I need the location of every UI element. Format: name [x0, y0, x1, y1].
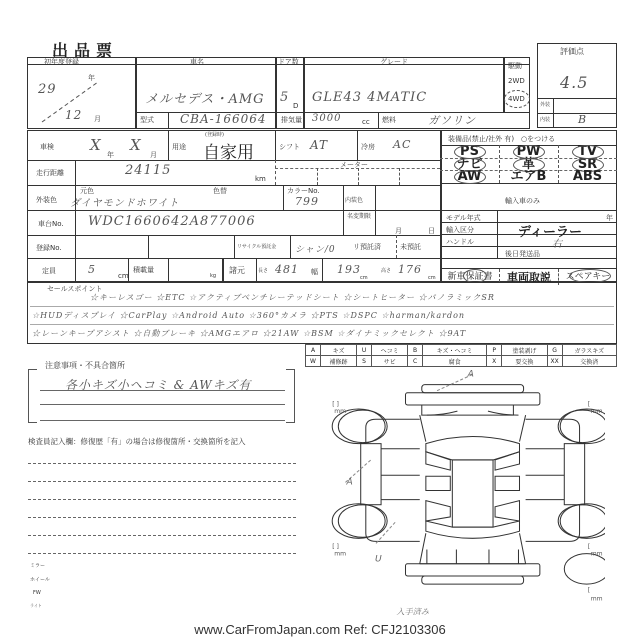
fuel-label: 燃料: [382, 115, 396, 125]
width-value: 193: [337, 263, 361, 276]
color-changed-label: 色替: [213, 186, 227, 196]
interior-label: 内装: [540, 116, 550, 123]
inspection-label: 車検: [40, 142, 54, 152]
damage-code-description: サビ: [372, 356, 408, 367]
damage-code: W: [306, 356, 321, 367]
ac-label: 冷房: [361, 142, 375, 152]
strike-line: [40, 80, 100, 125]
title-expiry-label: 名変期限: [347, 213, 373, 220]
inspector-note: 検査員記入欄：修復歴「有」の場合は修復箇所・交換箇所を記入: [28, 436, 246, 447]
capacity-value: 5: [88, 263, 96, 276]
usage-value: 自家用: [203, 138, 254, 163]
mileage-value: 24115: [125, 163, 171, 178]
chassis-label: 車台No.: [38, 219, 64, 229]
equipment-item: エアB: [499, 170, 558, 183]
displacement-value: 3000: [312, 113, 341, 124]
diagram-mark-a1: A: [467, 370, 474, 379]
model-year-label: モデル年式: [446, 213, 481, 223]
mileage-label: 走行距離: [36, 168, 64, 178]
width-label: 幅: [311, 267, 318, 277]
model-year-unit: 年: [606, 213, 613, 223]
color-no-value: 799: [295, 195, 319, 208]
shift-label: シフト: [279, 142, 300, 152]
damage-code-description: キズ・ヘコミ: [423, 345, 487, 356]
damage-code-description: 要交換: [502, 356, 547, 367]
damage-code-description: ガラスキズ: [562, 345, 616, 356]
model-label: 型式: [140, 115, 154, 125]
later-item-circle: [569, 269, 611, 283]
inspector-line: [28, 499, 296, 500]
fuel-value: ガソリン: [428, 112, 476, 128]
car-name-label: 車名: [190, 57, 204, 67]
damage-code-description: ヘコミ: [372, 345, 408, 356]
later-item-circle: [463, 269, 487, 283]
usage-sublabel: (登録時): [205, 131, 224, 138]
score-label: 評価点: [560, 46, 584, 57]
footer-watermark: www.CarFromJapan.com Ref: CFJ2103306: [0, 622, 640, 637]
inspection-year-unit: 年: [107, 150, 114, 160]
import-type-label: 輸入区分: [446, 225, 474, 235]
svg-text:mm: mm: [334, 408, 346, 415]
damage-code-description: 腐食: [423, 356, 487, 367]
height-label: 高さ: [381, 267, 391, 274]
svg-text:[: [: [588, 401, 590, 408]
registration-label: 登録No.: [36, 243, 62, 253]
damage-code-description: 交換済: [562, 356, 616, 367]
inspection-year: X: [90, 136, 102, 154]
inspector-line: [28, 481, 296, 482]
specs-label: 諸元: [229, 265, 245, 276]
notes-label: 注意事項・不具合箇所: [45, 360, 125, 371]
svg-text:mm: mm: [591, 551, 603, 558]
inspector-line: [28, 517, 296, 518]
inspection-month: X: [130, 136, 142, 154]
legend-mirror: ミラー: [30, 562, 45, 569]
interior-score: B: [578, 113, 587, 126]
inspector-line: [28, 535, 296, 536]
shift-value: AT: [310, 138, 328, 152]
notes-bracket-right: [286, 369, 295, 423]
interior-color-label: 内装色: [345, 195, 363, 204]
notes-bracket-left: [28, 369, 37, 423]
first-reg-label: 初年度登録: [44, 57, 79, 67]
damage-code-description: 補修跡: [321, 356, 357, 367]
diagram-mark-u: U: [375, 554, 382, 565]
svg-text:[: [: [588, 587, 590, 594]
handle-label: ハンドル: [446, 237, 474, 247]
damage-code: G: [547, 345, 562, 356]
recycle-label: リサイクル預託金: [237, 243, 276, 250]
recycle-value: シャン/0: [295, 242, 336, 255]
import-only-label: 輸入車のみ: [505, 196, 540, 206]
legend-light: ライト: [30, 603, 42, 609]
length-label: 長さ: [258, 267, 268, 274]
doors-unit: D: [293, 102, 298, 110]
damage-code: B: [408, 345, 423, 356]
handle-value: 右: [552, 235, 563, 250]
diagram-mark-a2: A: [345, 476, 352, 487]
svg-text:[ ]: [ ]: [332, 543, 339, 550]
drive-selected-circle: [504, 90, 530, 108]
drive-option-2wd: 2WD: [508, 77, 525, 85]
car-diagram: A A U [ ]mm [mm [ ]mm [mm [mm 入手済み: [320, 370, 605, 615]
drive-label: 駆動: [508, 61, 522, 71]
svg-text:[ ]: [ ]: [332, 401, 339, 408]
sales-point-line-1: ☆キーレスゴー ☆ETC ☆アクティブベンチレーテッドシート ☆シートヒーター …: [90, 292, 495, 303]
grade-label: グレード: [380, 57, 408, 67]
damage-code-description: キズ: [321, 345, 357, 356]
chassis-value: WDC1660642A877006: [88, 214, 256, 229]
sales-point-line-2: ☆HUDディスプレイ ☆CarPlay ☆Android Auto ☆360°カ…: [32, 310, 465, 321]
exterior-label: 外装: [540, 101, 550, 108]
load-unit: kg: [210, 273, 216, 279]
length-value: 481: [275, 263, 299, 276]
car-name: メルセデス・AMG: [145, 88, 265, 107]
later-items-label: 後日発送品: [505, 249, 540, 259]
inspection-month-unit: 月: [150, 150, 157, 160]
svg-text:[: [: [588, 543, 590, 550]
damage-code: S: [357, 356, 372, 367]
color-value: ダイヤモンドホワイト: [70, 194, 180, 209]
equipment-header: 装備品(禁止/社外 有) ○をつける: [448, 134, 555, 144]
diagram-bottom-note: 入手済み: [396, 607, 429, 615]
model-value: CBA-166064: [180, 112, 267, 126]
color-label: 外装色: [36, 195, 57, 205]
width-unit: cm: [360, 275, 368, 281]
damage-code: C: [408, 356, 423, 367]
damage-code: P: [487, 345, 502, 356]
recycle-deposited-label: リ預託済: [353, 242, 381, 252]
legend-wheel: ホイール: [30, 576, 50, 583]
displacement-unit: cc: [362, 118, 370, 126]
displacement-label: 排気量: [281, 115, 302, 125]
capacity-label: 定員: [42, 266, 56, 276]
recycle-not-deposited-label: 未預託: [400, 242, 421, 252]
equipment-item: ABS: [558, 170, 617, 183]
score-value: 4.5: [560, 73, 588, 92]
grade-value: GLE43 4MATIC: [312, 90, 427, 105]
doors-value: 5: [280, 90, 289, 105]
ac-value: AC: [393, 138, 411, 151]
title-expiry-day-unit: 日: [428, 226, 435, 236]
svg-text:mm: mm: [334, 551, 346, 558]
mileage-unit: km: [255, 175, 266, 183]
svg-text:mm: mm: [591, 595, 603, 602]
svg-text:mm: mm: [591, 408, 603, 415]
inspector-line: [28, 463, 296, 464]
height-value: 176: [398, 263, 422, 276]
doors-label: ドア数: [278, 57, 299, 67]
load-label: 積載量: [133, 265, 154, 275]
damage-codes-table: AキズUヘコミBキズ・ヘコミP塗装剥げGガラスキズW補修跡SサビC腐食X要交換X…: [305, 344, 617, 367]
inspector-line: [28, 553, 296, 554]
damage-code: A: [306, 345, 321, 356]
damage-code-description: 塗装剥げ: [502, 345, 547, 356]
damage-code: XX: [547, 356, 562, 367]
damage-code: U: [357, 345, 372, 356]
damage-code: X: [487, 356, 502, 367]
legend-fw: FW: [33, 590, 41, 596]
height-unit: cm: [428, 275, 436, 281]
sales-point-line-3: ☆レーンキープアシスト ☆自動ブレーキ ☆AMGエアロ ☆21AW ☆BSM ☆…: [32, 328, 466, 339]
import-type-value: ディーラー: [518, 221, 582, 240]
usage-label: 用途: [172, 142, 186, 152]
